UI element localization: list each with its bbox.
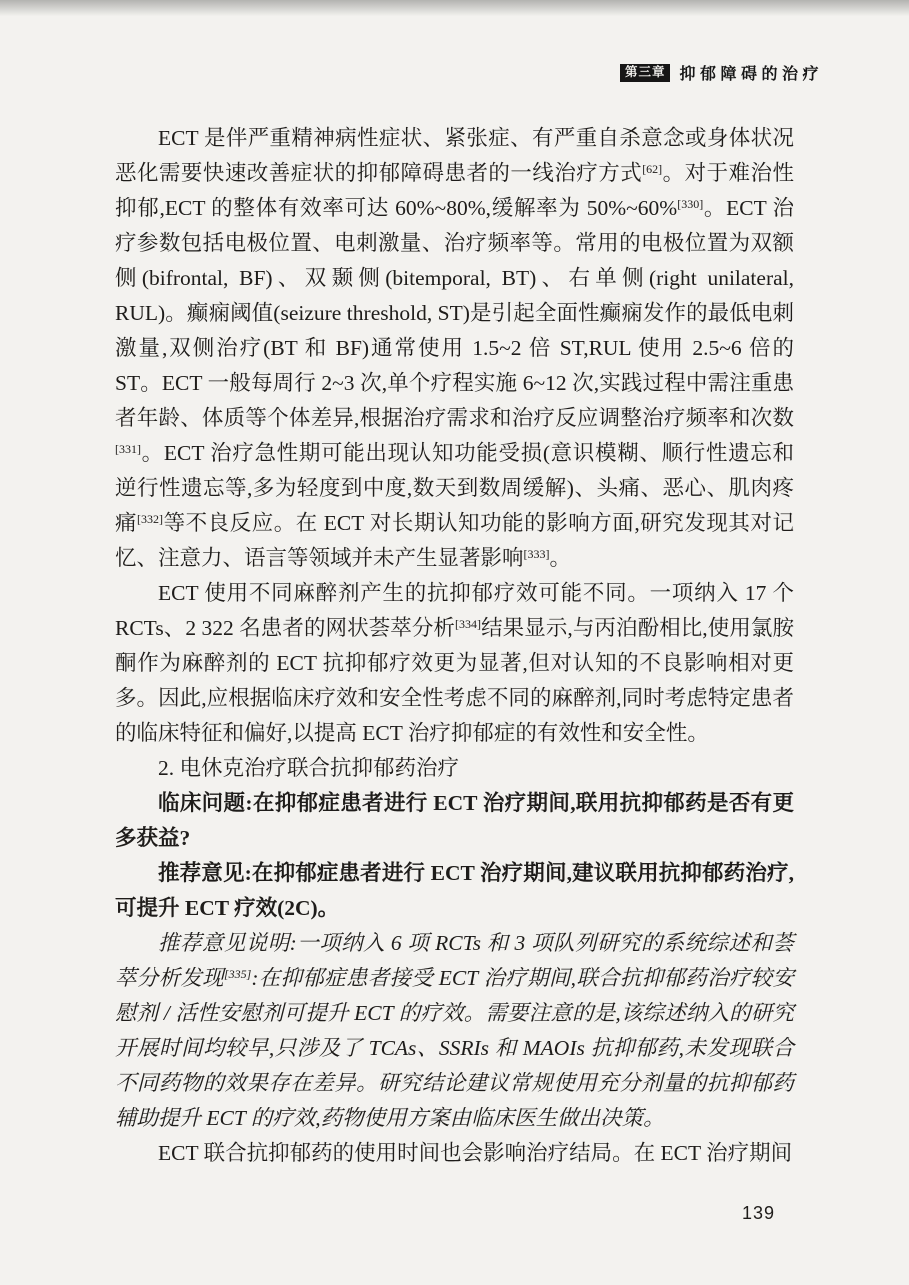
paragraph-6: 推荐意见说明:一项纳入 6 项 RCTs 和 3 项队列研究的系统综述和荟萃分析…: [115, 926, 794, 1136]
book-page: 第三章 抑郁障碍的治疗 ECT 是伴严重精神病性症状、紧张症、有严重自杀意念或身…: [0, 0, 909, 1285]
citation-ref: [335]: [224, 967, 251, 981]
paragraph-3: 2. 电休克治疗联合抗抑郁药治疗: [115, 751, 794, 786]
citation-ref: [330]: [677, 197, 703, 211]
paragraph-2: ECT 使用不同麻醉剂产生的抗抑郁疗效可能不同。一项纳入 17 个 RCTs、2…: [115, 576, 794, 751]
page-content: ECT 是伴严重精神病性症状、紧张症、有严重自杀意念或身体状况恶化需要快速改善症…: [115, 121, 794, 1171]
citation-ref: [332]: [137, 512, 163, 526]
page-number: 139: [742, 1203, 775, 1223]
paragraph-7: ECT 联合抗抑郁药的使用时间也会影响治疗结局。在 ECT 治疗期间: [115, 1136, 794, 1171]
paragraph-4: 临床问题:在抑郁症患者进行 ECT 治疗期间,联用抗抑郁药是否有更多获益?: [115, 786, 794, 856]
paragraph-5: 推荐意见:在抑郁症患者进行 ECT 治疗期间,建议联用抗抑郁药治疗,可提升 EC…: [115, 856, 794, 926]
citation-ref: [333]: [524, 547, 550, 561]
citation-ref: [331]: [115, 442, 141, 456]
scan-edge-shade: [0, 0, 909, 18]
page-header: 第三章 抑郁障碍的治疗: [620, 61, 823, 84]
chapter-badge: 第三章: [620, 64, 671, 82]
chapter-title: 抑郁障碍的治疗: [679, 61, 823, 84]
page-footer: 139: [742, 1203, 775, 1224]
citation-ref: [334]: [455, 617, 481, 631]
citation-ref: [62]: [642, 162, 662, 176]
paragraph-1: ECT 是伴严重精神病性症状、紧张症、有严重自杀意念或身体状况恶化需要快速改善症…: [115, 121, 794, 576]
